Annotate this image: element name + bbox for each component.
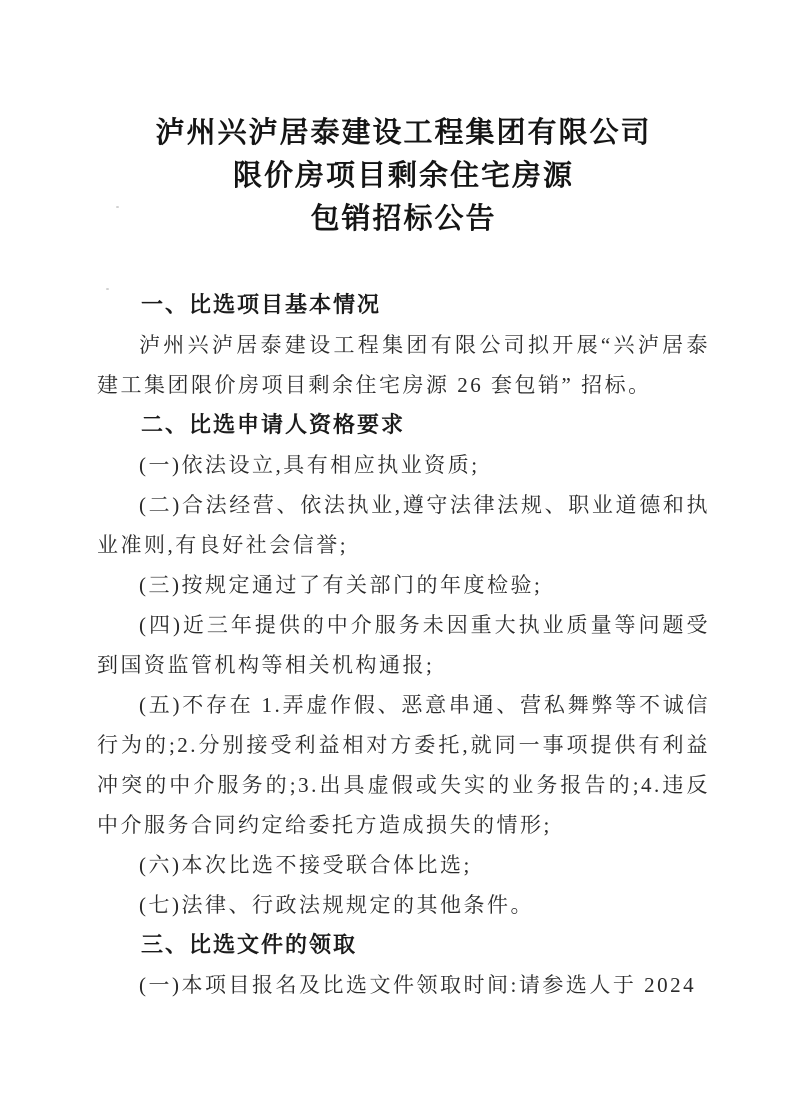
paragraph-qualification-item-4: (四)近三年提供的中介服务未因重大执业质量等问题受到国资监管机构等相关机构通报; [97, 605, 710, 685]
paragraph-qualification-item-5: (五)不存在 1.弄虚作假、恶意串通、营私舞弊等不诚信行为的;2.分别接受利益相… [97, 685, 710, 845]
title-line-project: 限价房项目剩余住宅房源 [97, 155, 710, 198]
document-page: 泸州兴泸居泰建设工程集团有限公司 限价房项目剩余住宅房源 包销招标公告 一、比选… [0, 0, 794, 1109]
document-title: 泸州兴泸居泰建设工程集团有限公司 限价房项目剩余住宅房源 包销招标公告 [97, 112, 710, 241]
paragraph-project-overview: 泸州兴泸居泰建设工程集团有限公司拟开展“兴泸居泰建工集团限价房项目剩余住宅房源 … [97, 325, 710, 405]
title-line-notice: 包销招标公告 [97, 198, 710, 241]
paragraph-qualification-item-6: (六)本次比选不接受联合体比选; [97, 845, 710, 885]
scan-artifact-speck [106, 288, 109, 290]
paragraph-qualification-item-7: (七)法律、行政法规规定的其他条件。 [97, 885, 710, 925]
title-line-company: 泸州兴泸居泰建设工程集团有限公司 [97, 112, 710, 155]
scan-artifact-speck [116, 206, 119, 208]
paragraph-qualification-item-2: (二)合法经营、依法执业,遵守法律法规、职业道德和执业准则,有良好社会信誉; [97, 485, 710, 565]
paragraph-qualification-item-1: (一)依法设立,具有相应执业资质; [97, 445, 710, 485]
section-heading-basic-info: 一、比选项目基本情况 [97, 285, 710, 325]
section-heading-document-collection: 三、比选文件的领取 [97, 925, 710, 965]
section-heading-applicant-qualifications: 二、比选申请人资格要求 [97, 405, 710, 445]
paragraph-collection-item-1: (一)本项目报名及比选文件领取时间:请参选人于 2024 [97, 965, 710, 1005]
paragraph-qualification-item-3: (三)按规定通过了有关部门的年度检验; [97, 565, 710, 605]
document-body: 一、比选项目基本情况 泸州兴泸居泰建设工程集团有限公司拟开展“兴泸居泰建工集团限… [97, 285, 710, 1005]
